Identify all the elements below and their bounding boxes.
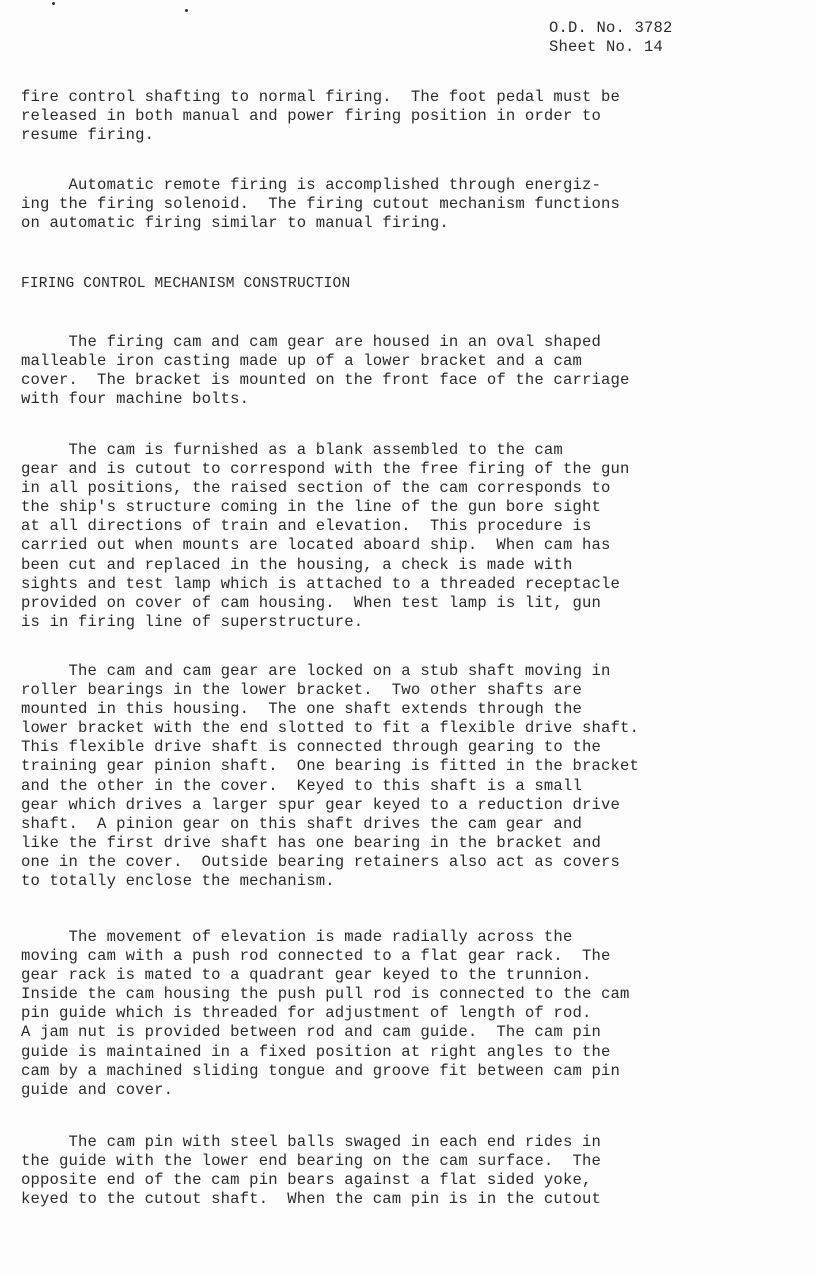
- text-line: ing the firing solenoid. The firing cuto…: [21, 195, 620, 214]
- text-line: is in firing line of superstructure.: [21, 613, 630, 632]
- text-line: The cam is furnished as a blank assemble…: [21, 441, 630, 460]
- paragraph-housing: The firing cam and cam gear are housed i…: [21, 333, 630, 409]
- text-line: shaft. A pinion gear on this shaft drive…: [21, 815, 639, 834]
- text-line: This flexible drive shaft is connected t…: [21, 738, 639, 757]
- text-line: at all directions of train and elevation…: [21, 517, 630, 536]
- paragraph-cam-pin: The cam pin with steel balls swaged in e…: [21, 1133, 601, 1209]
- text-line: resume firing.: [21, 126, 620, 145]
- text-line: like the first drive shaft has one beari…: [21, 834, 639, 853]
- text-line: the guide with the lower end bearing on …: [21, 1152, 601, 1171]
- text-line: carried out when mounts are located aboa…: [21, 536, 630, 555]
- paragraph-elevation-movement: The movement of elevation is made radial…: [21, 928, 630, 1100]
- text-line: The cam pin with steel balls swaged in e…: [21, 1133, 601, 1152]
- text-line: training gear pinion shaft. One bearing …: [21, 757, 639, 776]
- text-line: opposite end of the cam pin bears agains…: [21, 1171, 601, 1190]
- paragraph-stub-shaft: The cam and cam gear are locked on a stu…: [21, 662, 639, 891]
- section-heading: FIRING CONTROL MECHANISM CONSTRUCTION: [21, 275, 350, 294]
- text-line: with four machine bolts.: [21, 390, 630, 409]
- text-line: gear rack is mated to a quadrant gear ke…: [21, 966, 630, 985]
- text-line: lower bracket with the end slotted to fi…: [21, 719, 639, 738]
- text-line: one in the cover. Outside bearing retain…: [21, 853, 639, 872]
- text-line: guide and cover.: [21, 1081, 630, 1100]
- text-line: on automatic firing similar to manual fi…: [21, 214, 620, 233]
- text-line: provided on cover of cam housing. When t…: [21, 594, 630, 613]
- text-line: the ship's structure coming in the line …: [21, 498, 630, 517]
- text-line: cover. The bracket is mounted on the fro…: [21, 371, 630, 390]
- text-line: Inside the cam housing the push pull rod…: [21, 985, 630, 1004]
- text-line: gear which drives a larger spur gear key…: [21, 796, 639, 815]
- text-line: malleable iron casting made up of a lowe…: [21, 352, 630, 371]
- text-line: pin guide which is threaded for adjustme…: [21, 1004, 630, 1023]
- paragraph-cam-blank: The cam is furnished as a blank assemble…: [21, 441, 630, 632]
- text-line: gear and is cutout to correspond with th…: [21, 460, 630, 479]
- text-line: The firing cam and cam gear are housed i…: [21, 333, 630, 352]
- text-line: mounted in this housing. The one shaft e…: [21, 700, 639, 719]
- text-line: fire control shafting to normal firing. …: [21, 88, 620, 107]
- text-line: been cut and replaced in the housing, a …: [21, 556, 630, 575]
- text-line: moving cam with a push rod connected to …: [21, 947, 630, 966]
- sheet-number: Sheet No. 14: [549, 38, 673, 57]
- text-line: The movement of elevation is made radial…: [21, 928, 630, 947]
- document-page: O.D. No. 3782 Sheet No. 14 fire control …: [0, 0, 816, 1277]
- paragraph-automatic-firing: Automatic remote firing is accomplished …: [21, 176, 620, 233]
- doc-number: O.D. No. 3782: [549, 19, 673, 38]
- paragraph-continuation: fire control shafting to normal firing. …: [21, 88, 620, 145]
- text-line: roller bearings in the lower bracket. Tw…: [21, 681, 639, 700]
- text-line: in all positions, the raised section of …: [21, 479, 630, 498]
- text-line: Automatic remote firing is accomplished …: [21, 176, 620, 195]
- text-line: The cam and cam gear are locked on a stu…: [21, 662, 639, 681]
- text-line: to totally enclose the mechanism.: [21, 872, 639, 891]
- text-line: A jam nut is provided between rod and ca…: [21, 1023, 630, 1042]
- text-line: released in both manual and power firing…: [21, 107, 620, 126]
- text-line: sights and test lamp which is attached t…: [21, 575, 630, 594]
- text-line: guide is maintained in a fixed position …: [21, 1043, 630, 1062]
- text-line: cam by a machined sliding tongue and gro…: [21, 1062, 630, 1081]
- text-line: and the other in the cover. Keyed to thi…: [21, 777, 639, 796]
- scan-speck: [185, 9, 188, 12]
- scan-speck: [52, 2, 55, 5]
- text-line: keyed to the cutout shaft. When the cam …: [21, 1190, 601, 1209]
- document-header: O.D. No. 3782 Sheet No. 14: [549, 19, 673, 57]
